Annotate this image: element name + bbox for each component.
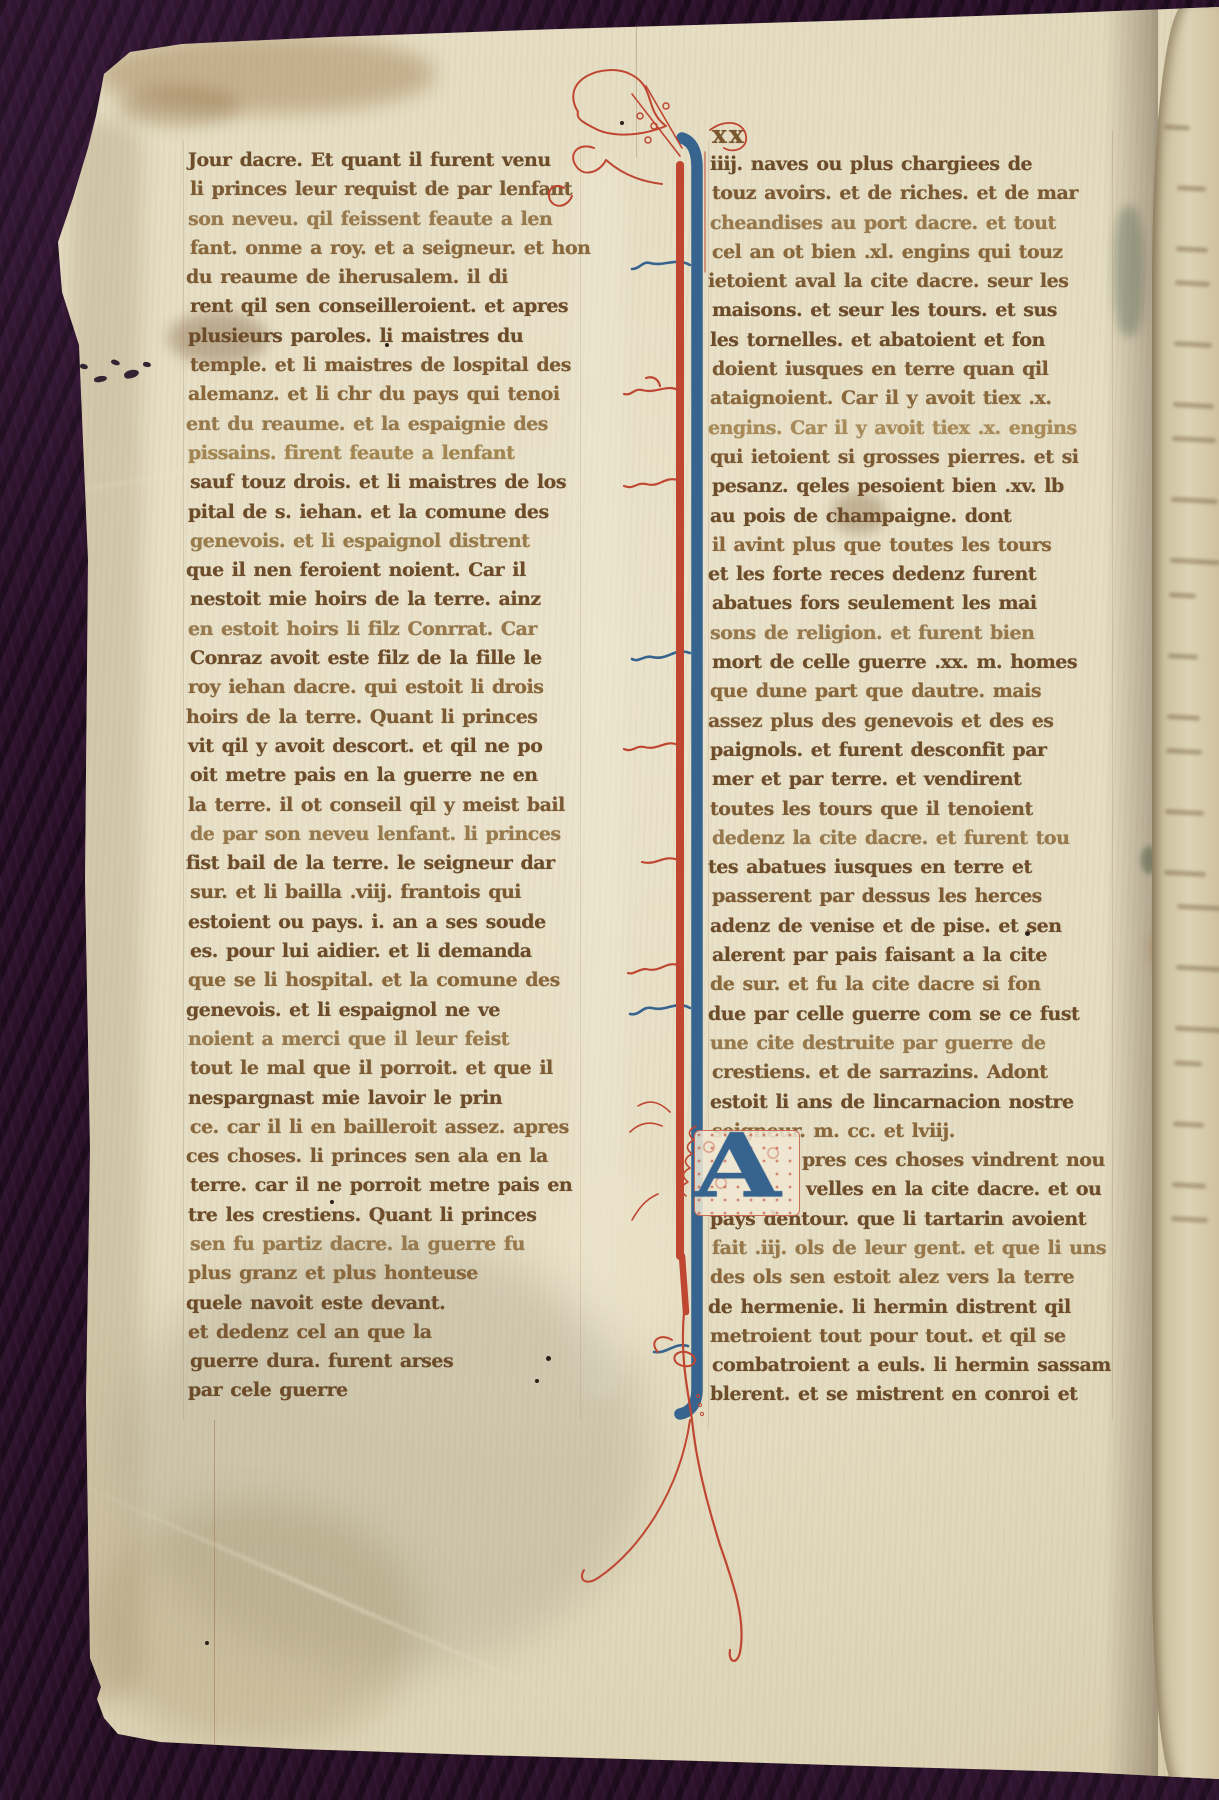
margin-ink-blot bbox=[72, 386, 77, 390]
column-divider-ornament bbox=[520, 60, 820, 1720]
fore-edge-ghost-text bbox=[1176, 246, 1208, 253]
fore-edge-ghost-text bbox=[1174, 341, 1212, 348]
fore-edge-ghost-text bbox=[1166, 748, 1202, 755]
fore-edge-ghost-text bbox=[1175, 1026, 1219, 1034]
fore-edge-ghost-text bbox=[1165, 809, 1204, 816]
fore-edge-ghost-text bbox=[1164, 124, 1190, 130]
fore-edge-ghost-text bbox=[1171, 1216, 1208, 1223]
fore-edge-ghost-text bbox=[1172, 1182, 1206, 1189]
divider-blue-bar bbox=[630, 138, 697, 1414]
margin-ink-blot bbox=[143, 361, 152, 367]
fore-edge-ghost-text bbox=[1177, 904, 1219, 911]
ruling-line-lower bbox=[214, 1420, 215, 1750]
stain-top-left-2 bbox=[120, 86, 240, 126]
manuscript-photo: xx Jour dacre. Et quant il furent venuli… bbox=[0, 0, 1219, 1800]
ink-dot bbox=[205, 1641, 209, 1645]
fore-edge-ghost-text bbox=[1176, 965, 1219, 973]
fore-edge-ghost-text bbox=[1167, 714, 1200, 721]
parchment-page: xx Jour dacre. Et quant il furent venuli… bbox=[0, 0, 1219, 1800]
stain-bottom-left bbox=[92, 1500, 422, 1745]
illuminated-initial: A bbox=[660, 1122, 813, 1218]
fore-edge-ghost-text bbox=[1174, 1060, 1202, 1066]
fore-edge-ghost-text bbox=[1170, 558, 1219, 566]
fore-edge-ghost-text bbox=[1177, 185, 1206, 192]
fore-edge-ghost-text bbox=[1172, 436, 1216, 443]
fore-edge-ghost-text bbox=[1171, 497, 1218, 504]
fore-edge bbox=[1152, 5, 1219, 1791]
fore-edge-ghost-text bbox=[1169, 592, 1196, 598]
fore-edge-ghost-text bbox=[1164, 870, 1206, 877]
gutter-shadow bbox=[1104, 0, 1158, 1792]
margin-ink-blot bbox=[59, 370, 72, 381]
divider-red-penwork bbox=[549, 70, 746, 1661]
fore-edge-ghost-text bbox=[1173, 402, 1214, 409]
ruling-line bbox=[183, 140, 184, 1420]
fore-edge-ghost-text bbox=[1173, 1121, 1204, 1128]
fore-edge-ghost-text bbox=[1175, 280, 1210, 287]
fore-edge-ghost-text bbox=[1168, 653, 1198, 660]
